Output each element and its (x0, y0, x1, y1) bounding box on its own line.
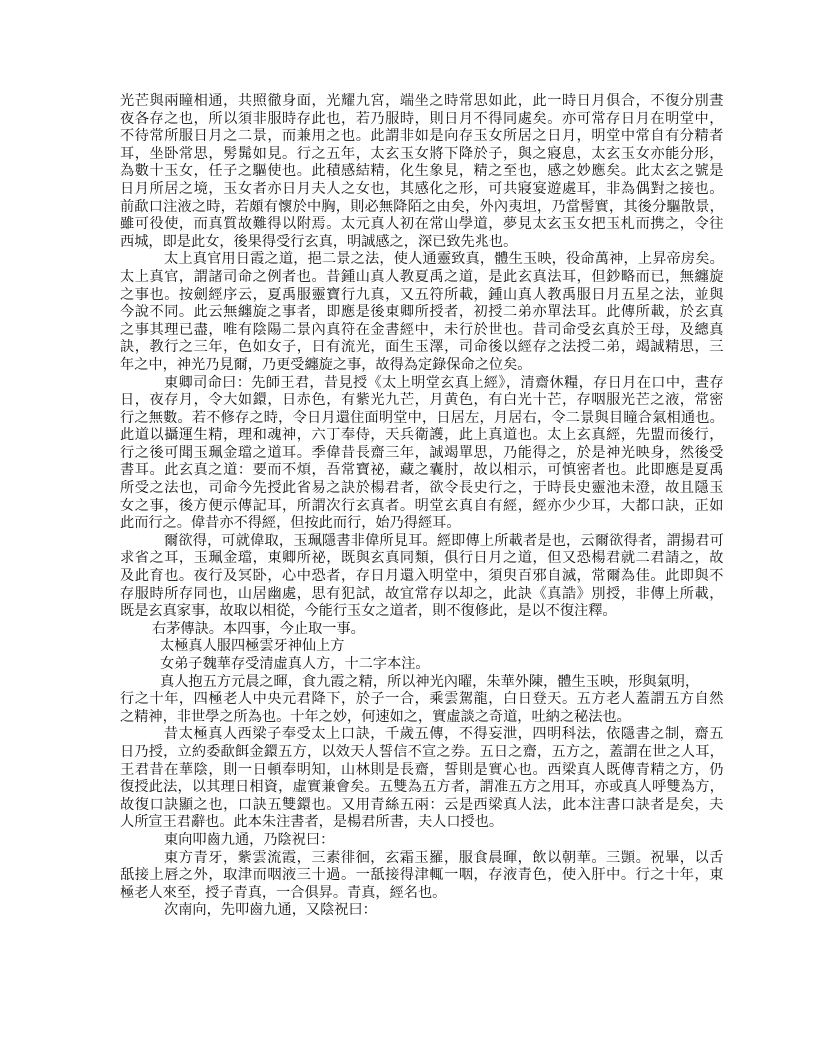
text-line: 前歃口注液之時，若頗有懷於中胸，則必無降陌之由矣，外內夷坦，乃當髻實，其後分驅散… (120, 199, 724, 217)
text-line: 復授此法，以其理日相資，虛實兼會矣。五雙為五方者，謂准五方之用耳，亦或真人呼雙為… (120, 779, 724, 797)
text-line: 王君昔在華陰，則一日頓奉明知，山林則是長齋，誓則是實心也。西梁真人既傳青精之方，… (120, 762, 724, 780)
text-line: 東向叩齒九通，乃陰祝曰： (120, 832, 724, 850)
text-line: 次南向，先叩齒九通，又陰祝曰： (120, 902, 724, 920)
text-line: 日月所居之境，玉女者亦日月夫人之女也，其感化之形，可共寢宴遊處耳，非為偶對之接也… (120, 181, 724, 199)
text-line: 為數十玉女，任子之驅使也。此積感結精，化生象見，精之至也，感之妙應矣。此太玄之號… (120, 163, 724, 181)
text-line: 之精神，非世學之所為也。十年之妙，何速如之，實虛談之奇道，吐納之秘法也。 (120, 709, 724, 727)
text-line: 太上真官，謂諸司命之例者也。昔鍾山真人教夏禹之道，是此玄真法耳，但鈔略而已，無纏… (120, 269, 724, 287)
text-line: 東卿司命曰：先師王君，昔見授《太上明堂玄真上經》，清齋休糧，存日月在口中，晝存 (120, 375, 724, 393)
text-line: 不待常所服日月之二景，而兼用之也。此謂非如是向存玉女所居之日月，明堂中常自有分精… (120, 128, 724, 146)
text-line: 雖可役使，而真質故難得以附焉。太元真人初在常山學道，夢見太玄玉女把玉札而携之，令… (120, 216, 724, 234)
text-line: 人所宣王君辭也。此本朱注書者，是楊君所書，夫人口授也。 (120, 814, 724, 832)
text-line: 真人抱五方元晨之暉，食九霞之精，所以神光內曜，朱華外陳，體生玉映，形與氣明， (120, 674, 724, 692)
text-line: 求省之耳，玉珮金璫，東卿所祕，既與玄真同類，俱行日月之道，但又恐楊君就二君請之，… (120, 550, 724, 568)
text-line: 女弟子魏華存受清虛真人方，十二字本注。 (120, 656, 724, 674)
text-line: 舐接上唇之外，取津而咽液三十過。一舐接得津輒一咽，存液青色，使入肝中。行之十年，… (120, 867, 724, 885)
text-line: 行之無數。若不修存之時，令日月還住面明堂中，日居左，月居右，令二景與目瞳合氣相通… (120, 410, 724, 428)
text-line: 極老人來至，授子青真，一合俱昇。青真，經名也。 (120, 885, 724, 903)
text-line: 爾欲得，可就偉取，玉珮隱書非偉所見耳。經即傳上所載者是也，云爾欲得者，謂揚君可 (120, 533, 724, 551)
text-line: 書耳。此玄真之道：要而不煩，吾常寶祕，藏之囊肘，故以相示，可慎密者也。此即應是夏… (120, 462, 724, 480)
text-line: 日乃授，立約委歃餌金鐶五方，以效天人誓信不宣之券。五日之齋，五方之，蓋謂在世之人… (120, 744, 724, 762)
text-line: 行之十年，四極老人中央元君降下，於子一合，乘雲駕龍，白日登天。五方老人蓋謂五方自… (120, 691, 724, 709)
text-line: 及此育也。夜行及冥卧，心中恐者，存日月還入明堂中，須臾百邪自滅，常爾為佳。此即與… (120, 568, 724, 586)
text-line: 東方青牙，紫雲流霞，三素徘徊，玄霜玉羅，服食晨暉，飲以朝華。三顗。祝畢，以舌 (120, 850, 724, 868)
text-line: 行之後可聞玉珮金璫之道耳。季偉昔長齋三年，誠竭單思，乃能得之，於是神光映身，然後… (120, 445, 724, 463)
text-line: 既是玄真家事，故取以相從，今能行玉女之道者，則不復修此，是以不復注釋。 (120, 603, 724, 621)
text-line: 耳，坐卧常思，髣髴如見。行之五年，太玄玉女將下降於子，與之寢息，太玄玉女亦能分形… (120, 146, 724, 164)
text-line: 訣，教行之三年，色如女子，日有流光，面生玉澤，司命後以經存之法授二弟，竭誠精思，… (120, 339, 724, 357)
text-line: 西城，即是此女，後果得受行玄真，明誠感之，深已致先兆也。 (120, 234, 724, 252)
text-line: 夜各存之也，所以須非服時存此也，若乃服時，則日月不得同處矣。亦可常存日月在明堂中… (120, 111, 724, 129)
document-page: 光芒與兩瞳相通，共照徹身面，光耀九宮，端坐之時常思如此，此一時日月俱合，不復分別… (0, 0, 816, 1056)
text-line: 此而行之。偉昔亦不得經，但按此而行，始乃得經耳。 (120, 515, 724, 533)
body-text: 光芒與兩瞳相通，共照徹身面，光耀九宮，端坐之時常思如此，此一時日月俱合，不復分別… (120, 93, 724, 920)
text-line: 女之事，後方便示傳記耳，所謂次行玄真者。明堂玄真自有經，經亦少少耳，大都口訣，正… (120, 498, 724, 516)
text-line: 右茅傳訣。本四事，今止取一事。 (120, 621, 724, 639)
text-line: 之事也。按劍經序云，夏禹服靈寶行九真，又五符所載，鍾山真人教禹服日月五星之法，並… (120, 287, 724, 305)
text-line: 太上真官用日霞之道，挹二景之法，使人通靈致真，體生玉映，役命萬神，上昇帝房矣。 (120, 251, 724, 269)
text-line: 日，夜存月，令大如鐶，日赤色，有紫光九芒，月黄色，有白光十芒，存咽服光芒之液，常… (120, 392, 724, 410)
text-line: 故復口訣顯之也，口訣五雙鐶也。又用青絲五兩：云是西梁真人法，此本注書口訣者是矣，… (120, 797, 724, 815)
text-line: 今說不同。此云無纏旋之事者，即應是後東卿所授者，初授二弟亦單法耳。此傳所載，於玄… (120, 304, 724, 322)
text-line: 之事其理已盡，唯有陰陽二景內真符在金書經中，未行於世也。昔司命受玄真於王母，及總… (120, 322, 724, 340)
text-line: 年之中，神光乃見爾，乃更受纏旋之事，故得為定錄保命之位矣。 (120, 357, 724, 375)
text-line: 昔太極真人西梁子奉受太上口訣，千歲五傳，不得妄泄，四明科法，依隱書之制，齋五 (120, 726, 724, 744)
text-line: 所受之法也，司命今先授此省易之訣於楊君者，欲令長史行之，于時長史靈池未澄，故且隱… (120, 480, 724, 498)
text-line: 光芒與兩瞳相通，共照徹身面，光耀九宮，端坐之時常思如此，此一時日月俱合，不復分別… (120, 93, 724, 111)
text-line: 存服時所存同也，山居幽處，思有犯試，故宜常存以却之，此訣《真誥》別授，非傳上所載… (120, 586, 724, 604)
text-line: 此道以攝運生精，理和魂神，六丁奉侍，天兵衛護，此上真道也。太上玄真經，先盟而後行… (120, 427, 724, 445)
text-line: 太極真人服四極雲牙神仙上方 (120, 638, 724, 656)
